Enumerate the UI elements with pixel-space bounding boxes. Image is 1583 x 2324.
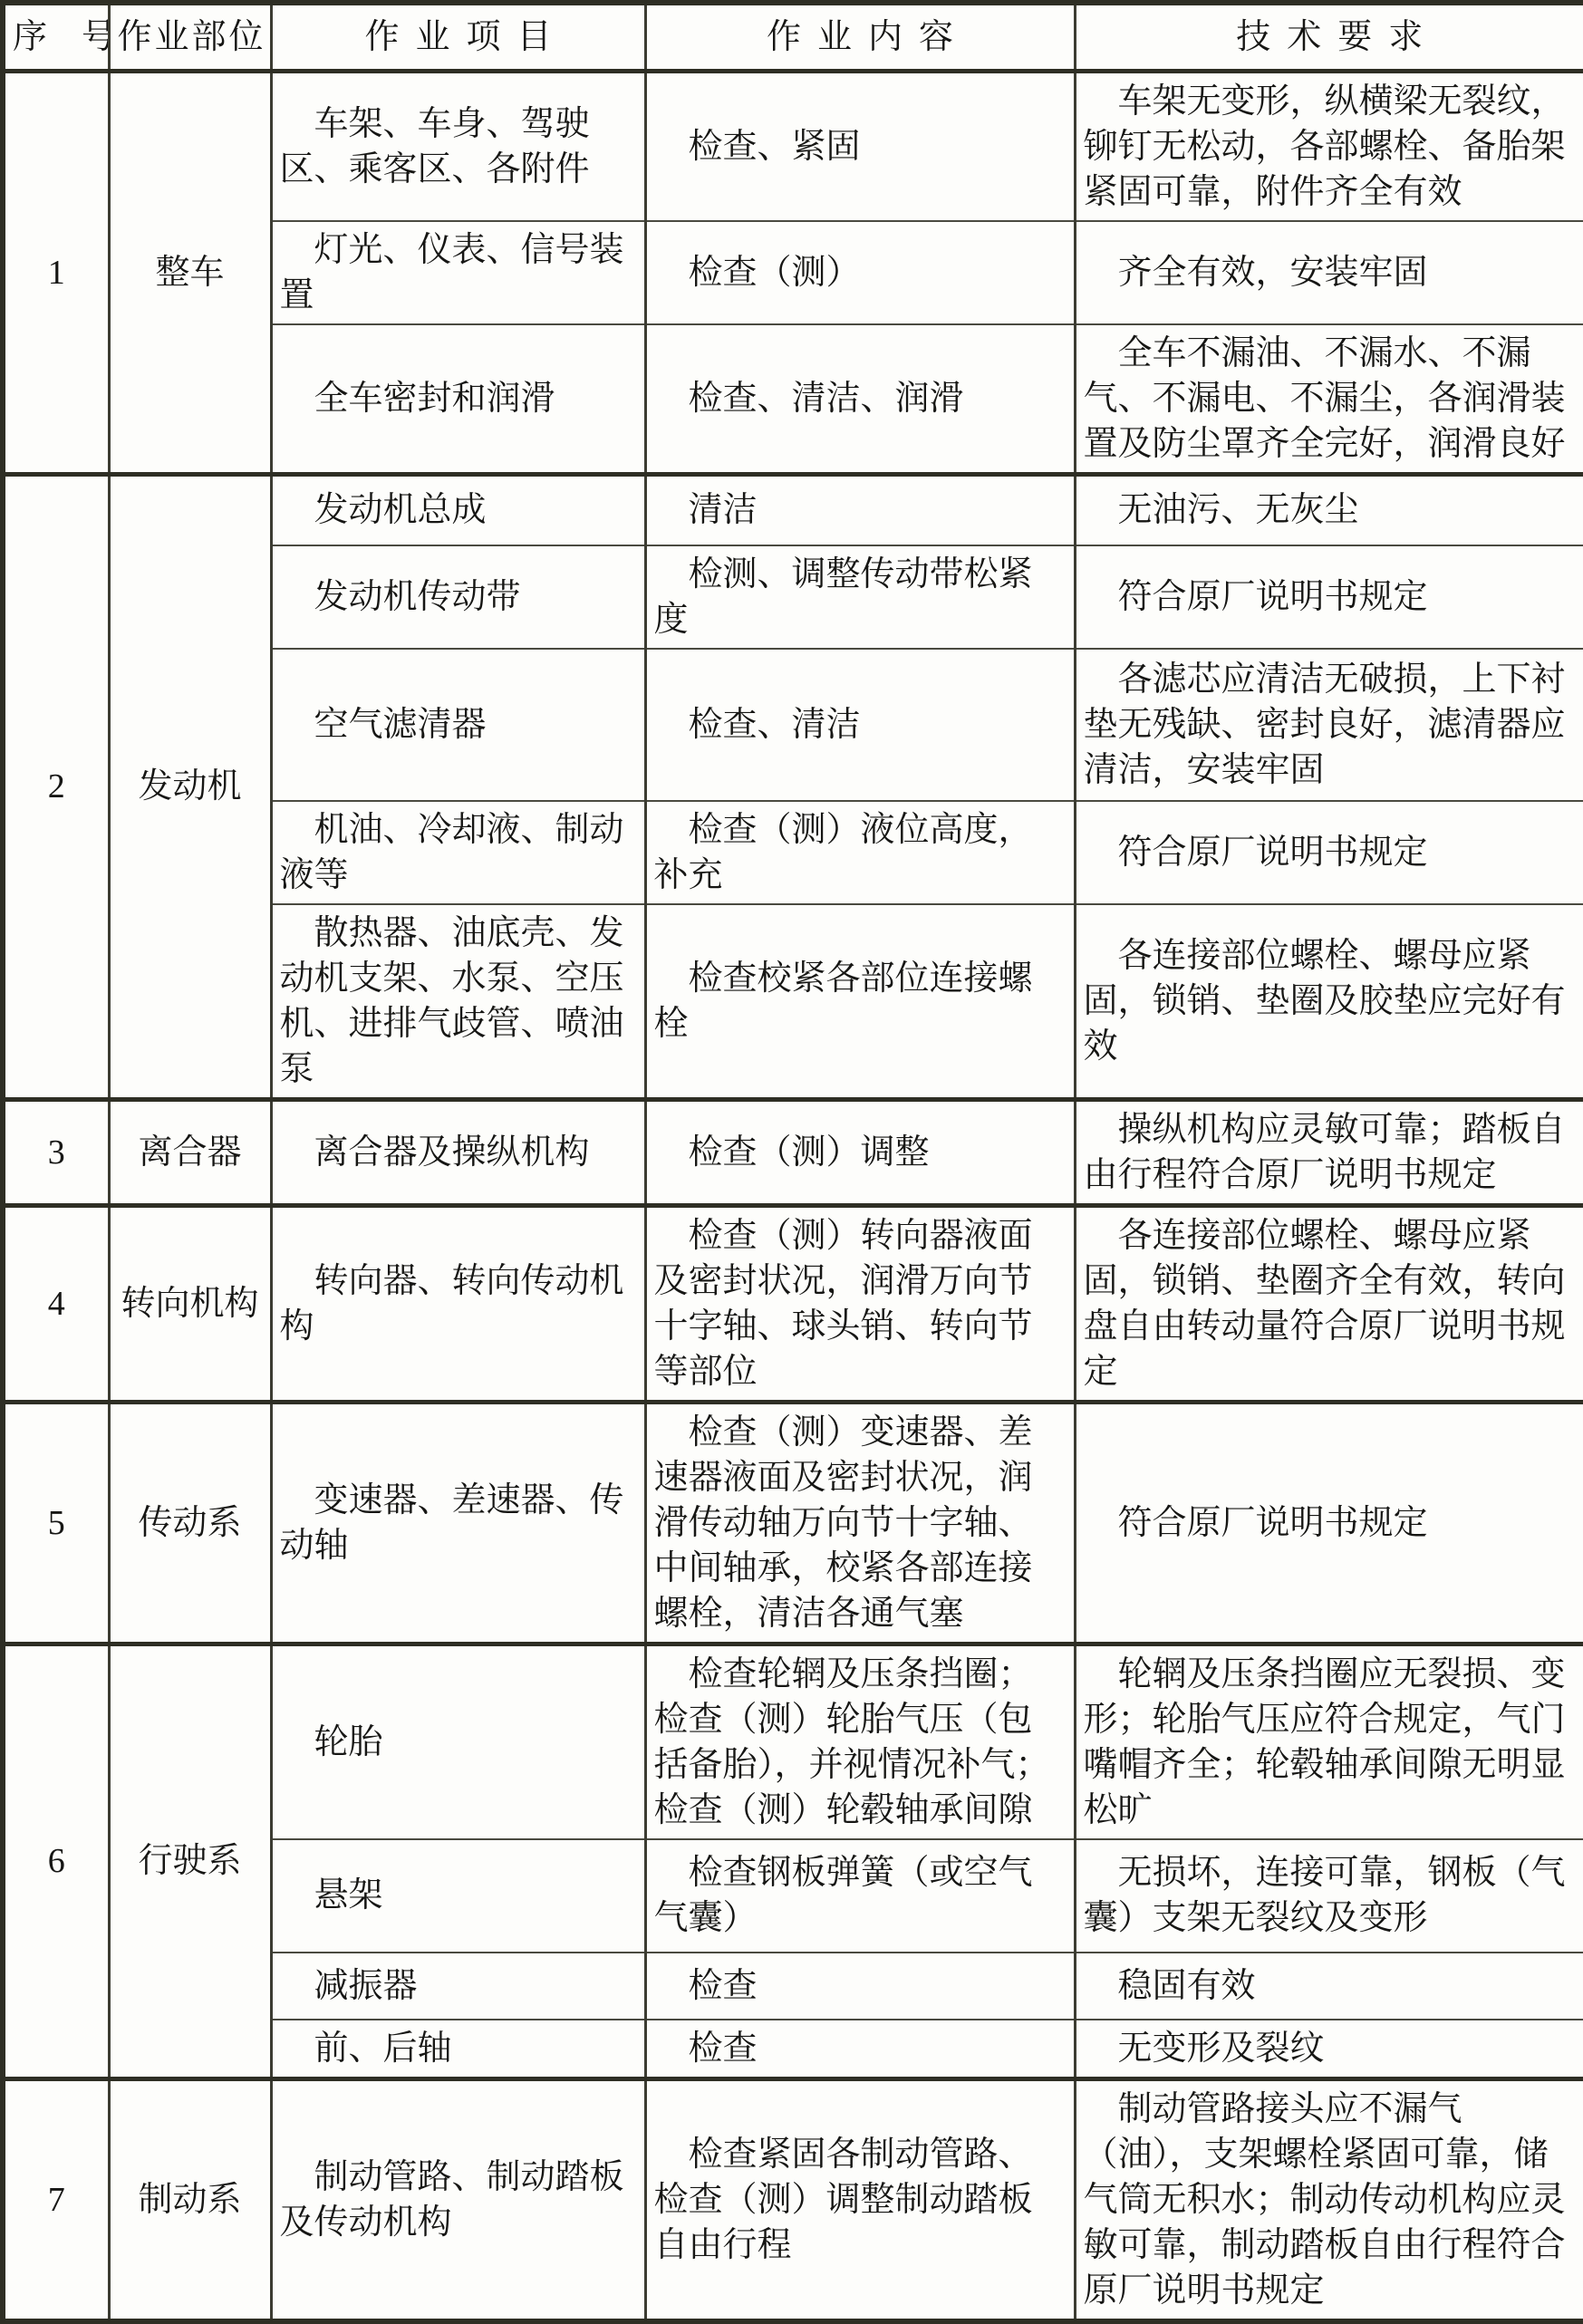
work-content-cell: 检查校紧各部位连接螺栓 <box>645 904 1075 1100</box>
work-content-cell: 检查（测）转向器液面及密封状况，润滑万向节十字轴、球头销、转向节等部位 <box>645 1205 1075 1402</box>
tech-requirement-cell: 车架无变形，纵横梁无裂纹，铆钉无松动，各部螺栓、备胎架紧固可靠，附件齐全有效 <box>1075 72 1583 222</box>
table-row: 3 离合器 离合器及操纵机构 检查（测）调整 操纵机构应灵敏可靠；踏板自由行程符… <box>3 1099 1583 1205</box>
work-content-cell: 检查 <box>645 1953 1075 2020</box>
table-row: 7 制动系 制动管路、制动踏板及传动机构 检查紧固各制动管路、检查（测）调整制动… <box>3 2078 1583 2321</box>
tech-requirement-cell: 各连接部位螺栓、螺母应紧固，锁销、垫圈及胶垫应完好有效 <box>1075 904 1583 1100</box>
work-content-cell: 检查（测）液位高度，补充 <box>645 801 1075 904</box>
tech-requirement-cell: 各滤芯应清洁无破损，上下衬垫无残缺、密封良好，滤清器应清洁，安装牢固 <box>1075 649 1583 801</box>
work-item-cell: 车架、车身、驾驶区、乘客区、各附件 <box>271 72 645 222</box>
tech-requirement-cell: 操纵机构应灵敏可靠；踏板自由行程符合原厂说明书规定 <box>1075 1099 1583 1205</box>
header-row: 序 号 作业部位 作业项目 作业内容 技术要求 <box>3 3 1583 72</box>
col-header-tech-requirement: 技术要求 <box>1075 3 1583 72</box>
work-item-cell: 制动管路、制动踏板及传动机构 <box>271 2078 645 2321</box>
tech-requirement-cell: 制动管路接头应不漏气（油），支架螺栓紧固可靠，储气筒无积水；制动传动机构应灵敏可… <box>1075 2078 1583 2321</box>
work-item-cell: 发动机总成 <box>271 475 645 545</box>
scanned-document-page: 序 号 作业部位 作业项目 作业内容 技术要求 1 整车 车架、车身、驾驶区、乘… <box>0 0 1583 1986</box>
work-item-cell: 离合器及操纵机构 <box>271 1099 645 1205</box>
work-part-cell: 行驶系 <box>109 1644 271 2078</box>
seq-no-cell: 5 <box>3 1402 109 1644</box>
col-header-work-item: 作业项目 <box>271 3 645 72</box>
seq-no-cell: 3 <box>3 1099 109 1205</box>
work-part-cell: 制动系 <box>109 2078 271 2321</box>
work-part-cell: 传动系 <box>109 1402 271 1644</box>
work-content-cell: 检查、清洁、润滑 <box>645 324 1075 475</box>
tech-requirement-cell: 全车不漏油、不漏水、不漏气、不漏电、不漏尘，各润滑装置及防尘罩齐全完好，润滑良好 <box>1075 324 1583 475</box>
work-part-cell: 发动机 <box>109 475 271 1100</box>
work-item-cell: 悬架 <box>271 1839 645 1953</box>
tech-requirement-cell: 符合原厂说明书规定 <box>1075 545 1583 649</box>
work-item-cell: 全车密封和润滑 <box>271 324 645 475</box>
work-content-cell: 检查（测）调整 <box>645 1099 1075 1205</box>
tech-requirement-cell: 无油污、无灰尘 <box>1075 475 1583 545</box>
work-item-cell: 机油、冷却液、制动液等 <box>271 801 645 904</box>
tech-requirement-cell: 轮辋及压条挡圈应无裂损、变形；轮胎气压应符合规定，气门嘴帽齐全；轮毂轴承间隙无明… <box>1075 1644 1583 1839</box>
work-item-cell: 前、后轴 <box>271 2020 645 2079</box>
seq-no-cell: 4 <box>3 1205 109 1402</box>
table-row: 2 发动机 发动机总成 清洁 无油污、无灰尘 <box>3 475 1583 545</box>
work-item-cell: 变速器、差速器、传动轴 <box>271 1402 645 1644</box>
tech-requirement-cell: 各连接部位螺栓、螺母应紧固，锁销、垫圈齐全有效，转向盘自由转动量符合原厂说明书规… <box>1075 1205 1583 1402</box>
work-item-cell: 转向器、转向传动机构 <box>271 1205 645 1402</box>
work-item-cell: 发动机传动带 <box>271 545 645 649</box>
seq-no-cell: 7 <box>3 2078 109 2321</box>
seq-no-cell: 1 <box>3 72 109 475</box>
tech-requirement-cell: 无变形及裂纹 <box>1075 2020 1583 2079</box>
work-content-cell: 检查、紧固 <box>645 72 1075 222</box>
work-item-cell: 轮胎 <box>271 1644 645 1839</box>
work-item-cell: 散热器、油底壳、发动机支架、水泵、空压机、进排气歧管、喷油泵 <box>271 904 645 1100</box>
work-item-cell: 减振器 <box>271 1953 645 2020</box>
work-part-cell: 离合器 <box>109 1099 271 1205</box>
tech-requirement-cell: 符合原厂说明书规定 <box>1075 801 1583 904</box>
work-part-cell: 转向机构 <box>109 1205 271 1402</box>
tech-requirement-cell: 齐全有效，安装牢固 <box>1075 221 1583 324</box>
work-content-cell: 检测、调整传动带松紧度 <box>645 545 1075 649</box>
col-header-work-content: 作业内容 <box>645 3 1075 72</box>
work-content-cell: 检查钢板弹簧（或空气气囊） <box>645 1839 1075 1953</box>
work-content-cell: 检查紧固各制动管路、检查（测）调整制动踏板自由行程 <box>645 2078 1075 2321</box>
tech-requirement-cell: 无损坏，连接可靠，钢板（气囊）支架无裂纹及变形 <box>1075 1839 1583 1953</box>
col-header-work-part: 作业部位 <box>109 3 271 72</box>
work-content-cell: 检查 <box>645 2020 1075 2079</box>
col-header-seq-no: 序 号 <box>3 3 109 72</box>
table-row: 5 传动系 变速器、差速器、传动轴 检查（测）变速器、差速器液面及密封状况，润滑… <box>3 1402 1583 1644</box>
seq-no-cell: 2 <box>3 475 109 1100</box>
tech-requirement-cell: 符合原厂说明书规定 <box>1075 1402 1583 1644</box>
work-content-cell: 清洁 <box>645 475 1075 545</box>
work-content-cell: 检查、清洁 <box>645 649 1075 801</box>
table-row: 1 整车 车架、车身、驾驶区、乘客区、各附件 检查、紧固 车架无变形，纵横梁无裂… <box>3 72 1583 222</box>
table-row: 4 转向机构 转向器、转向传动机构 检查（测）转向器液面及密封状况，润滑万向节十… <box>3 1205 1583 1402</box>
work-content-cell: 检查（测）变速器、差速器液面及密封状况，润滑传动轴万向节十字轴、中间轴承，校紧各… <box>645 1402 1075 1644</box>
maintenance-spec-table: 序 号 作业部位 作业项目 作业内容 技术要求 1 整车 车架、车身、驾驶区、乘… <box>0 0 1583 2324</box>
tech-requirement-cell: 稳固有效 <box>1075 1953 1583 2020</box>
work-content-cell: 检查（测） <box>645 221 1075 324</box>
work-part-cell: 整车 <box>109 72 271 475</box>
table-row: 6 行驶系 轮胎 检查轮辋及压条挡圈；检查（测）轮胎气压（包括备胎），并视情况补… <box>3 1644 1583 1839</box>
work-item-cell: 灯光、仪表、信号装置 <box>271 221 645 324</box>
work-item-cell: 空气滤清器 <box>271 649 645 801</box>
work-content-cell: 检查轮辋及压条挡圈；检查（测）轮胎气压（包括备胎），并视情况补气；检查（测）轮毂… <box>645 1644 1075 1839</box>
seq-no-cell: 6 <box>3 1644 109 2078</box>
